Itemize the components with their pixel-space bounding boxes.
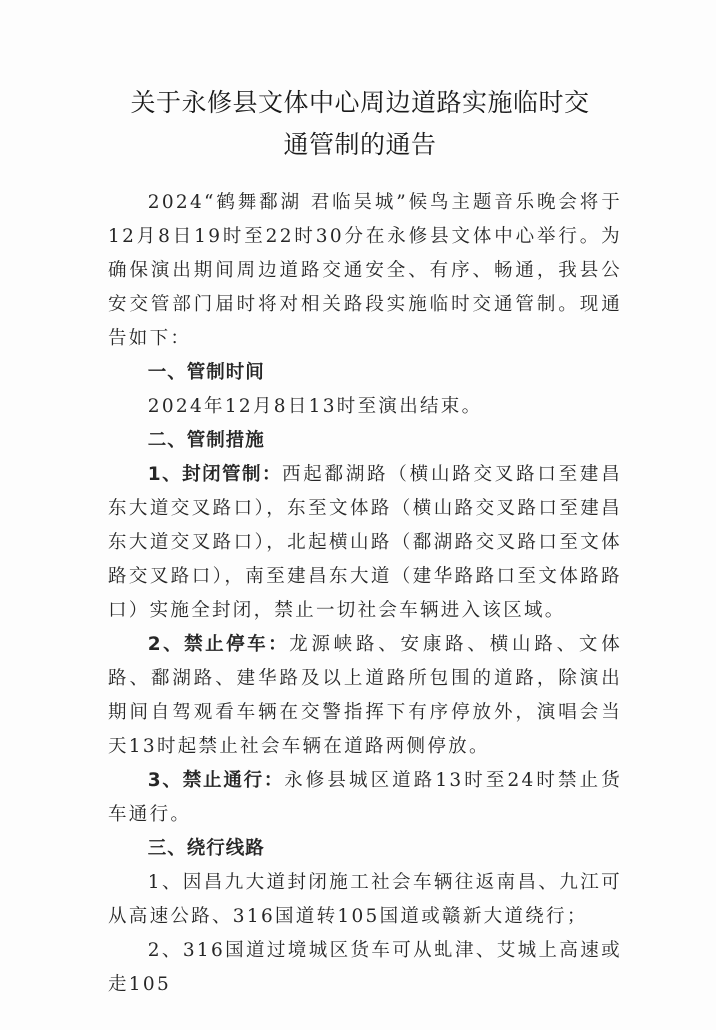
title-line-1: 关于永修县文体中心周边道路实施临时交 [100, 82, 620, 124]
document-title: 关于永修县文体中心周边道路实施临时交 通管制的通告 [100, 82, 620, 166]
paragraph-text: 2、316国道过境城区货车可从虬津、艾城上高速或走105 [108, 940, 622, 995]
paragraph-lead: 2、禁止停车： [148, 634, 289, 655]
document-page: 关于永修县文体中心周边道路实施临时交 通管制的通告 2024“鹤舞鄱湖 君临吴城… [0, 0, 716, 1030]
paragraph-text: 1、因昌九大道封闭施工社会车辆往返南昌、九江可从高速公路、316国道转105国道… [108, 872, 622, 927]
paragraph-lead: 1、封闭管制： [148, 464, 282, 485]
section-heading-time: 一、管制时间 [108, 356, 622, 390]
measure-closure-paragraph: 1、封闭管制：西起鄱湖路（横山路交叉路口至建昌东大道交叉路口），东至文体路（横山… [108, 458, 622, 628]
intro-paragraph: 2024“鹤舞鄱湖 君临吴城”候鸟主题音乐晚会将于12月8日19时至22时30分… [108, 186, 622, 356]
detour-paragraph-1: 1、因昌九大道封闭施工社会车辆往返南昌、九江可从高速公路、316国道转105国道… [108, 866, 622, 934]
document-body: 2024“鹤舞鄱湖 君临吴城”候鸟主题音乐晚会将于12月8日19时至22时30分… [108, 186, 622, 1002]
section-heading-measures: 二、管制措施 [108, 424, 622, 458]
measure-no-traffic-paragraph: 3、禁止通行：永修县城区道路13时至24时禁止货车通行。 [108, 764, 622, 832]
section-heading-detour: 三、绕行线路 [108, 832, 622, 866]
paragraph-lead: 3、禁止通行： [148, 770, 284, 791]
paragraph-text: 西起鄱湖路（横山路交叉路口至建昌东大道交叉路口），东至文体路（横山路交叉路口至建… [108, 464, 622, 621]
control-time-paragraph: 2024年12月8日13时至演出结束。 [108, 390, 622, 424]
detour-paragraph-2: 2、316国道过境城区货车可从虬津、艾城上高速或走105 [108, 934, 622, 1002]
measure-no-parking-paragraph: 2、禁止停车：龙源峡路、安康路、横山路、文体路、鄱湖路、建华路及以上道路所包围的… [108, 628, 622, 764]
title-line-2: 通管制的通告 [100, 124, 620, 166]
paragraph-text: 2024年12月8日13时至演出结束。 [148, 396, 483, 417]
